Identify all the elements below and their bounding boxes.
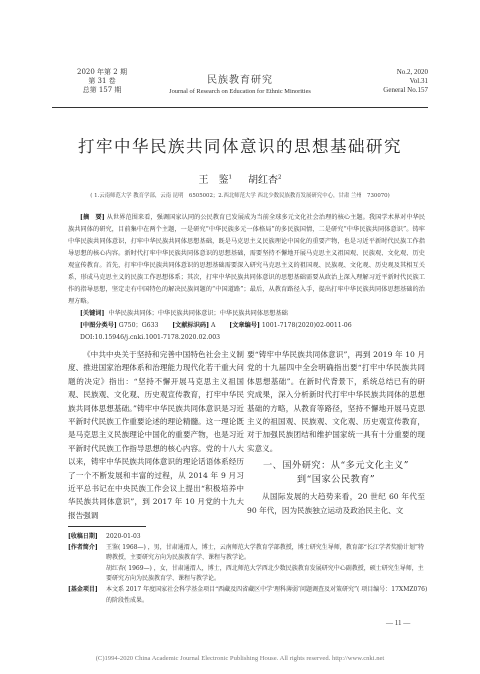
article-title: 打牢中华民族共同体意识的思想基础研究 <box>52 133 428 157</box>
issue-info-en: No.2, 2020 Vol.31 General No.157 <box>338 68 428 95</box>
section-heading-line: 到“国家公民教育” <box>247 473 425 487</box>
journal-title-en: Journal of Research on Education for Eth… <box>140 87 340 96</box>
body-paragraph: 《中共中央关于坚持和完善中国特色社会主义制度、推进国家治理体系和治理能力现代化若… <box>68 348 244 522</box>
page-number: — 11 — <box>386 619 410 627</box>
footnote-author-bio: [作者简介] 王鉴( 1968—) ，男，甘肃通渭人，博士，云南师范大学教育学部… <box>68 543 428 564</box>
abstract: [摘 要] 从世界范围来看，强调国家认同的公民教育已发展成为当前全球多元文化社会… <box>68 212 425 344</box>
body-paragraph: 从国际发展的大趋势来看，20 世纪 60 年代至 90 年代，因为民族独立运动及… <box>247 490 425 517</box>
abstract-text: 从世界范围来看，强调国家认同的公民教育已发展成为当前全球多元文化社会治理的核心主… <box>68 214 425 305</box>
clc-label: [中图分类号] <box>80 322 117 329</box>
volume-number: 第 31 卷 <box>62 77 142 86</box>
clc-value: G750；G633 <box>119 322 159 329</box>
footnote-label: [作者简介] <box>68 543 106 564</box>
footnote-text: 2020-01-03 <box>106 532 428 543</box>
general-number: 总第 157 期 <box>62 86 142 95</box>
footnote-label: [基金项目] <box>68 585 106 606</box>
issue-info-cn: 2020 年第 2 期 第 31 卷 总第 157 期 <box>62 68 142 95</box>
journal-title-cn: 民族教育研究 <box>140 74 340 87</box>
footnote-author-bio-2: 胡红杏( 1969—) ，女，甘肃通渭人，博士，西北师范大学西北少数民族教育发展… <box>68 564 428 585</box>
footnote-text: 王鉴( 1968—) ，男，甘肃通渭人，博士，云南师范大学教育学部教授，博士研究… <box>106 543 428 564</box>
general-number-en: General No.157 <box>338 86 428 95</box>
author-name: 胡红杏 <box>248 175 278 186</box>
footnote-text: 胡红杏( 1969—) ，女，甘肃通渭人，博士，西北师范大学西北少数民族教育发展… <box>106 564 428 585</box>
body-column-left: 《中共中央关于坚持和完善中国特色社会主义制度、推进国家治理体系和治理能力现代化若… <box>68 348 244 522</box>
footnote-divider <box>68 526 146 527</box>
copyright-notice: (C)1994-2020 China Academic Journal Elec… <box>0 655 480 662</box>
body-paragraph: 要“铸牢中华民族共同体意识”，再到 2019 年 10 月党的十九届四中全会明确… <box>247 348 425 455</box>
journal-name: 民族教育研究 Journal of Research on Education … <box>140 74 340 96</box>
footnote-label: [收稿日期] <box>68 532 106 543</box>
section-heading: 一、国外研究：从“多元文化主义” 到“国家公民教育” <box>247 459 425 487</box>
footnotes: [收稿日期] 2020-01-03 [作者简介] 王鉴( 1968—) ，男，甘… <box>68 532 428 606</box>
author-name: 王 鉴 <box>199 175 229 186</box>
issue-number-en: No.2, 2020 <box>338 68 428 77</box>
article-no-label: [文章编号] <box>229 322 260 329</box>
keywords-text: 中华民族共同体；中华民族共同体意识；中华民族共同体思想基础 <box>108 310 287 317</box>
doc-code-label: [文献标识码] <box>172 322 209 329</box>
doi: DOI:10.15946/j.cnki.1001-7178.2020.02.00… <box>68 332 425 344</box>
issue-year-number: 2020 年第 2 期 <box>62 68 142 77</box>
section-heading-line: 一、国外研究：从“多元文化主义” <box>247 459 425 473</box>
keywords: [关键词] 中华民族共同体；中华民族共同体意识；中华民族共同体思想基础 <box>68 308 425 320</box>
author-list: 王 鉴1 胡红杏2 <box>52 171 428 186</box>
abstract-label: [摘 要] <box>80 214 105 221</box>
author-affiliations: ( 1.云南师范大学 教育学部，云南 昆明 6505002；2.西北师范大学 西… <box>52 191 428 199</box>
classification-line: [中图分类号] G750；G633 [文献标识码] A [文章编号] 1001-… <box>68 320 425 332</box>
doc-code-value: A <box>211 322 215 329</box>
author-affil-mark: 2 <box>278 175 282 181</box>
footnote-text: 本文系 2017 年度国家社会科学基金项目“西藏及四省藏区中学‘理科薄弱’问题调… <box>106 585 428 606</box>
footnote-funding: [基金项目] 本文系 2017 年度国家社会科学基金项目“西藏及四省藏区中学‘理… <box>68 585 428 606</box>
header-divider <box>52 107 428 108</box>
author-affil-mark: 1 <box>229 175 233 181</box>
volume-en: Vol.31 <box>338 77 428 86</box>
article-no-value: 1001-7178(2020)02-0011-06 <box>262 322 352 329</box>
footnote-received-date: [收稿日期] 2020-01-03 <box>68 532 428 543</box>
body-column-right: 要“铸牢中华民族共同体意识”，再到 2019 年 10 月党的十九届四中全会明确… <box>247 348 425 517</box>
footnote-label <box>68 564 106 585</box>
keywords-label: [关键词] <box>80 310 104 317</box>
